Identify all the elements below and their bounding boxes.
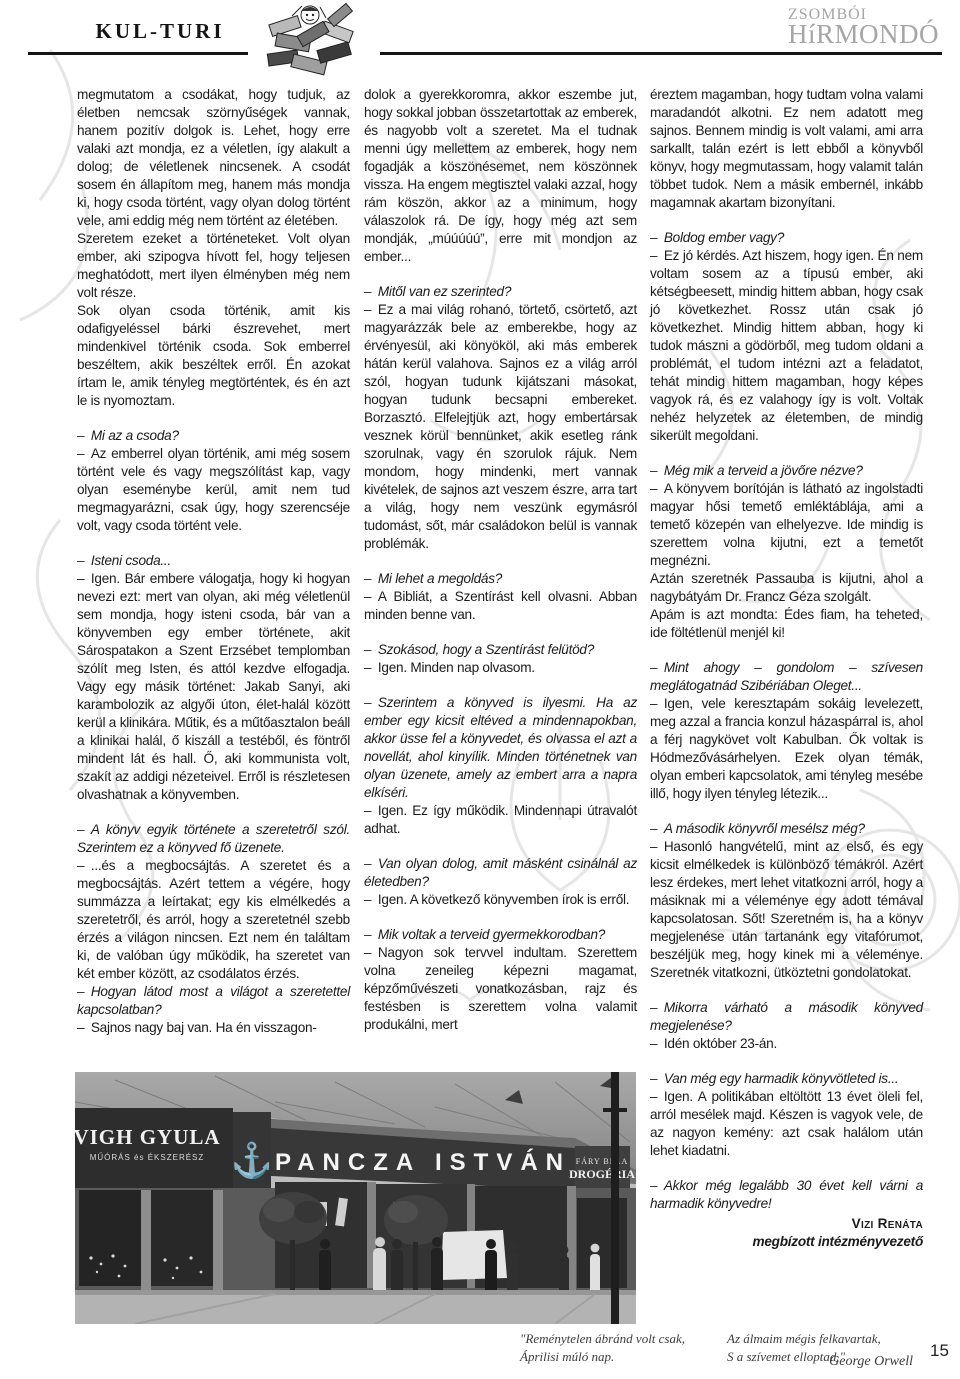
paragraph-gap	[77, 410, 350, 427]
sign-vigh-gyula-sub: MŰÓRÁS és ÉKSZERÉSZ	[90, 1153, 205, 1162]
answer-paragraph: – Ez a mai világ rohanó, törtető, csörte…	[364, 301, 637, 553]
paragraph-gap	[364, 553, 637, 570]
body-paragraph: Apám is azt mondta: Édes fiam, ha tehete…	[650, 606, 923, 642]
answer-paragraph: – A Bibliát, a Szentírást kell olvasni. …	[364, 588, 637, 624]
quote-attribution: George Orwell	[727, 1354, 913, 1370]
street-photo: VIGH GYULA MŰÓRÁS és ÉKSZERÉSZ ⚓ PANCZA …	[75, 1072, 636, 1324]
question-paragraph: – Boldog ember vagy?	[650, 229, 923, 247]
body-paragraph: Sok olyan csoda történik, amit kis odafi…	[77, 302, 350, 410]
sign-pancza-istvan: PANCZA ISTVÁN	[275, 1148, 571, 1176]
question-paragraph: – Még mik a terveid a jövőre nézve?	[650, 462, 923, 480]
question-paragraph: – A második könyvről mesélsz még?	[650, 820, 923, 838]
article-column-1: megmutatom a csodákat, hogy tudjuk, az é…	[77, 86, 350, 1037]
page-number: 15	[930, 1341, 949, 1361]
paragraph-gap	[650, 1053, 923, 1070]
body-paragraph: megmutatom a csodákat, hogy tudjuk, az é…	[77, 86, 350, 230]
answer-paragraph: – Nagyon sok tervvel indultam. Szerettem…	[364, 944, 637, 1034]
paragraph-gap	[650, 642, 923, 659]
sign-drogeria: DROGÉRIA	[569, 1167, 635, 1181]
paragraph-gap	[364, 909, 637, 926]
question-paragraph: – Mitől van ez szerinted?	[364, 283, 637, 301]
answer-paragraph: – Az emberrel olyan történik, ami még so…	[77, 445, 350, 535]
paragraph-gap	[650, 803, 923, 820]
question-paragraph: – Akkor még legalább 30 évet kell várni …	[650, 1177, 923, 1213]
question-paragraph: – Van olyan dolog, amit másként csinálná…	[364, 855, 637, 891]
poem-line: "Reménytelen ábránd volt csak,	[520, 1330, 710, 1348]
newsletter-logo: ZSOMBÓI HíRMONDÓ	[788, 7, 939, 48]
sign-fary-bela: FÁRY BÉLA	[576, 1156, 629, 1166]
answer-paragraph: – Igen. Minden nap olvasom.	[364, 659, 637, 677]
answer-paragraph: – Ez jó kérdés. Azt hiszem, hogy igen. É…	[650, 247, 923, 445]
body-paragraph: Aztán szeretnék Passauba is kijutni, aho…	[650, 570, 923, 606]
paragraph-gap	[650, 445, 923, 462]
question-paragraph: – Mint ahogy – gondolom – szívesen meglá…	[650, 659, 923, 695]
question-paragraph: – Szokásod, hogy a Szentírást felütöd?	[364, 641, 637, 659]
paragraph-gap	[650, 982, 923, 999]
books-juggler-clipart	[262, 2, 358, 80]
body-paragraph: éreztem magamban, hogy tudtam volna vala…	[650, 86, 923, 212]
logo-paper-name: HíRMONDÓ	[788, 21, 939, 48]
signature-name: Vizi Renáta	[650, 1215, 923, 1233]
question-paragraph: – Hogyan látod most a világot a szeretet…	[77, 983, 350, 1019]
question-paragraph: – Mi az a csoda?	[77, 427, 350, 445]
answer-paragraph: – ...és a megbocsájtás. A szeretet és a …	[77, 857, 350, 983]
body-paragraph: dolok a gyerekkoromra, akkor eszembe jut…	[364, 86, 637, 266]
answer-paragraph: – Igen, vele keresztapám sokáig leveleze…	[650, 695, 923, 803]
article-column-3: éreztem magamban, hogy tudtam volna vala…	[650, 86, 923, 1251]
answer-paragraph: – Sajnos nagy baj van. Ha én visszagon-	[77, 1019, 350, 1037]
newspaper-page: KUL-TURI ZSOMBÓI HíRMONDÓ megmutatom a c…	[0, 0, 960, 1379]
answer-paragraph: – Igen. A következő könyvemben írok is e…	[364, 891, 637, 909]
paragraph-gap	[364, 624, 637, 641]
header-rule-left	[28, 52, 248, 55]
paragraph-gap	[364, 266, 637, 283]
article-column-2: dolok a gyerekkoromra, akkor eszembe jut…	[364, 86, 637, 1034]
answer-paragraph: – Hasonló hangvételű, mint az első, és e…	[650, 838, 923, 982]
answer-paragraph: – A könyvem borítóján is látható az ingo…	[650, 480, 923, 570]
sign-vigh-gyula: VIGH GYULA	[75, 1125, 221, 1149]
anchor-icon: ⚓	[231, 1141, 273, 1180]
question-paragraph: – Mi lehet a megoldás?	[364, 570, 637, 588]
signature-role: megbízott intézményvezető	[650, 1233, 923, 1251]
body-paragraph: Szeretem ezeket a történeteket. Volt oly…	[77, 230, 350, 302]
header-rule-right	[380, 52, 942, 55]
poem-line: Az álmaim mégis felkavartak,	[727, 1330, 922, 1348]
answer-paragraph: – Idén október 23-án.	[650, 1035, 923, 1053]
paragraph-gap	[77, 804, 350, 821]
answer-paragraph: – Igen. Bár embere válogatja, hogy ki ho…	[77, 570, 350, 804]
poem-line: Áprilisi múló nap.	[520, 1348, 710, 1366]
question-paragraph: – Szerintem a könyved is ilyesmi. Ha az …	[364, 694, 637, 802]
paragraph-gap	[650, 212, 923, 229]
question-paragraph: – Isteni csoda...	[77, 552, 350, 570]
section-title: KUL-TURI	[60, 19, 260, 44]
question-paragraph: – A könyv egyik története a szeretetről …	[77, 821, 350, 857]
answer-paragraph: – Igen. A politikában eltöltött 13 évet …	[650, 1088, 923, 1160]
question-paragraph: – Mikorra várható a második könyved megj…	[650, 999, 923, 1035]
paragraph-gap	[650, 1160, 923, 1177]
question-paragraph: – Mik voltak a terveid gyermekkorodban?	[364, 926, 637, 944]
paragraph-gap	[77, 535, 350, 552]
paragraph-gap	[364, 677, 637, 694]
paragraph-gap	[364, 838, 637, 855]
poem-quote-left: "Reménytelen ábránd volt csak, Áprilisi …	[520, 1330, 710, 1366]
answer-paragraph: – Igen. Ez így működik. Mindennapi útrav…	[364, 802, 637, 838]
question-paragraph: – Van még egy harmadik könyvötleted is..…	[650, 1070, 923, 1088]
